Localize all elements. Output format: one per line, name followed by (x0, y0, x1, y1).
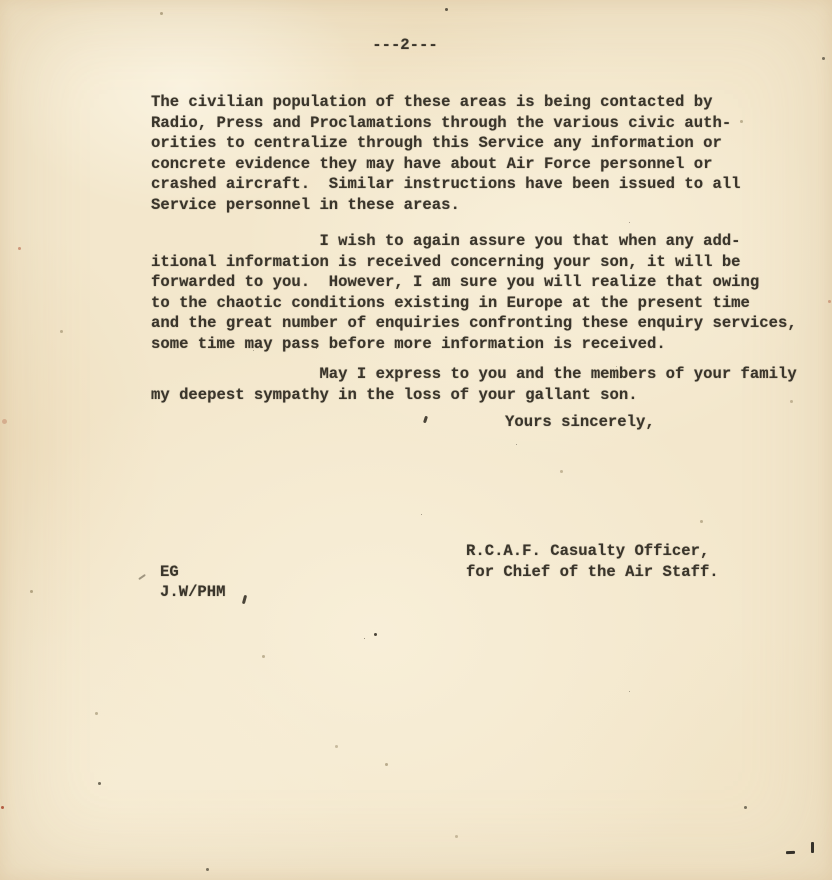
scan-mark-bar (811, 842, 814, 853)
typist-initials: EG J.W/PHM (160, 563, 226, 602)
letter-body: The civilian population of these areas i… (151, 92, 797, 405)
scan-mark-dash (786, 851, 795, 854)
letter-paragraph-3: May I express to you and the members of … (151, 364, 797, 405)
closing-salutation: Yours sincerely, (505, 412, 655, 433)
page-number: ---2--- (0, 35, 821, 56)
scanned-letter-page: ---2--- The civilian population of these… (0, 0, 832, 880)
letter-paragraph-1: The civilian population of these areas i… (151, 92, 797, 215)
letter-paragraph-2: I wish to again assure you that when any… (151, 231, 797, 354)
pen-mark-apostrophe (423, 416, 428, 424)
signature-block: R.C.A.F. Casualty Officer, for Chief of … (466, 541, 719, 582)
scan-speck-dots-red (0, 0, 3, 3)
pen-mark-slash (138, 574, 146, 580)
pen-mark-tick (242, 595, 247, 604)
